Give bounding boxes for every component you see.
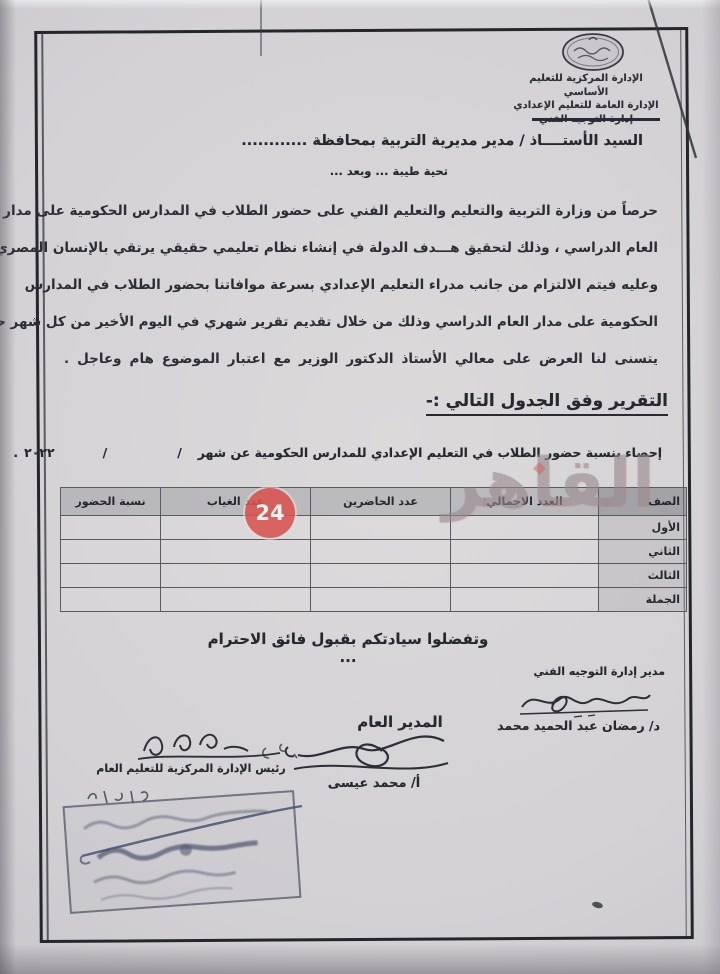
header-divider (532, 118, 660, 121)
col-header-present: عدد الحاضرين (311, 488, 451, 516)
empty-cell (451, 516, 599, 540)
greeting-line: تحية طيبة ... وبعد ... (330, 164, 448, 178)
caption-text: إحصاء بنسبة حضور الطلاب في التعليم الإعد… (198, 445, 662, 460)
col-header-percentage: نسبة الحضور (61, 488, 161, 516)
empty-cell (311, 516, 451, 540)
closing-line: وتفضلوا سيادتكم بقبول فائق الاحترام ... (198, 630, 498, 666)
empty-cell (311, 540, 451, 564)
pen-stroke-over-stamp (74, 794, 314, 870)
signature-right-scribble (516, 683, 656, 719)
empty-cell (451, 588, 599, 612)
col-header-absent: عدد الغياب (161, 488, 311, 516)
date-slash-2: / (103, 445, 108, 460)
empty-cell (61, 588, 161, 612)
row-label-second: الثاني (599, 540, 687, 564)
table-row: الأول (61, 516, 687, 540)
signature-right-title: مدير إدارة التوجيه الفني (534, 665, 665, 678)
empty-cell (451, 540, 599, 564)
table-row: الثاني (61, 540, 687, 564)
attendance-table: الصف العدد الاجمالي عدد الحاضرين عدد الغ… (60, 487, 687, 612)
eagle-emblem-icon (560, 31, 626, 73)
table-row: الثالث (61, 564, 687, 588)
empty-cell (61, 516, 161, 540)
empty-cell (161, 564, 311, 588)
empty-cell (451, 564, 599, 588)
recipient-line: السيد الأستــــاذ / مدير مديرية التربية … (241, 133, 643, 149)
signature-left-title: رئيس الإدارة المركزية للتعليم العام (96, 762, 286, 775)
caption-period: . (13, 445, 18, 460)
row-label-third: الثالث (599, 564, 687, 588)
dept-line-1: الإدارة المركزية للتعليم الأساسي (510, 72, 662, 99)
scratch-mark (260, 0, 262, 56)
row-label-total: الجملة (599, 588, 687, 612)
body-line: حرصاً من وزارة التربية والتعليم والتعليم… (64, 193, 658, 230)
body-line: يتسنى لنا العرض على معالي الأستاذ الدكتو… (64, 341, 658, 378)
table-row: الجملة (61, 588, 687, 612)
letter-body: حرصاً من وزارة التربية والتعليم والتعليم… (64, 193, 658, 378)
report-heading: التقرير وفق الجدول التالي :- (426, 391, 668, 416)
body-line: وعليه فيتم الالتزام من جانب مدراء التعلي… (64, 267, 658, 304)
empty-cell (161, 540, 311, 564)
scanned-letter-photo: الإدارة المركزية للتعليم الأساسي الإدارة… (0, 0, 720, 974)
table-header-row: الصف العدد الاجمالي عدد الحاضرين عدد الغ… (61, 488, 687, 516)
year-value: ٢٠٢٢ (24, 445, 55, 460)
table-caption: إحصاء بنسبة حضور الطلاب في التعليم الإعد… (13, 445, 662, 460)
empty-cell (311, 564, 451, 588)
empty-cell (61, 540, 161, 564)
empty-cell (61, 564, 161, 588)
row-label-first: الأول (599, 516, 687, 540)
body-line: الحكومية على مدار العام الدراسي وذلك من … (64, 304, 658, 341)
empty-cell (311, 588, 451, 612)
empty-cell (161, 516, 311, 540)
col-header-class: الصف (599, 488, 687, 516)
signature-right-name: د/ رمضان عبد الحميد محمد (497, 718, 660, 733)
body-line: العام الدراسي ، وذلك لتحقيق هـــدف الدول… (64, 230, 658, 267)
pen-marks (258, 738, 302, 764)
col-header-total: العدد الاجمالي (451, 488, 599, 516)
date-slash-1: / (177, 445, 182, 460)
empty-cell (161, 588, 311, 612)
signature-center-scribble (284, 729, 454, 779)
signature-center-name: أ/ محمد عيسى (308, 776, 440, 791)
dept-line-2: الإدارة العامة للتعليم الإعدادي (510, 99, 662, 113)
